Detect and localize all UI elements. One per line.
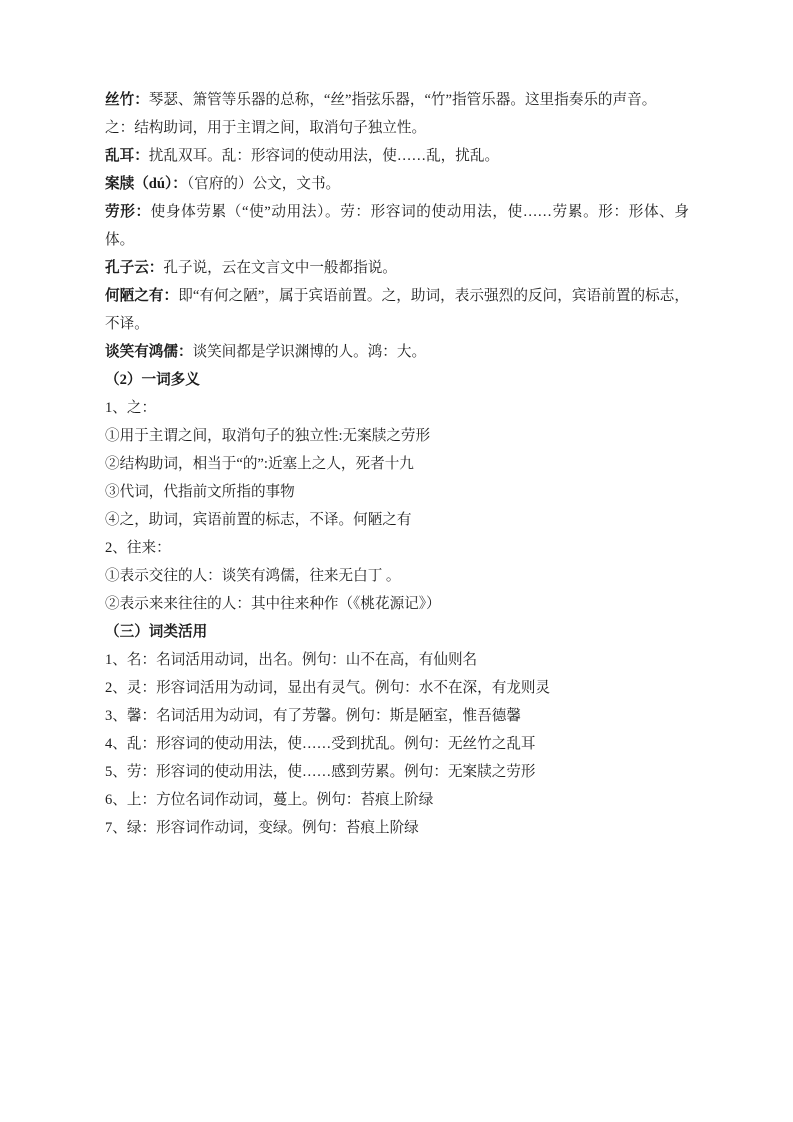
usage-heading: （三）词类活用 [105,618,689,646]
note-entry: 谈笑有鸿儒：谈笑间都是学识渊博的人。鸿：大。 [105,338,689,366]
note-entry: 之：结构助词，用于主谓之间，取消句子独立性。 [105,114,689,142]
usage-item: 6、上：方位名词作动词，蔓上。例句：苔痕上阶绿 [105,786,689,814]
note-definition: 即“有何之陋”，属于宾语前置。之，助词，表示强烈的反问，宾语前置的标志，不译。 [105,288,689,332]
note-definition: （官府的）公文，文书。 [187,176,340,192]
usage-item: 7、绿：形容词作动词，变绿。例句：苔痕上阶绿 [105,814,689,842]
note-term: 乱耳： [105,148,149,164]
polysemy-item: ②表示来来往往的人：其中往来种作（《桃花源记》） [105,590,689,618]
document-page: 丝竹：琴瑟、箫管等乐器的总称，“丝”指弦乐器，“竹”指管乐器。这里指奏乐的声音。… [0,0,793,1122]
polysemy-item: ①用于主谓之间，取消句子的独立性:无案牍之劳形 [105,422,689,450]
group-label: 1、之： [105,394,689,422]
usage-item: 3、馨：名词活用为动词，有了芳馨。例句：斯是陋室，惟吾德馨 [105,702,689,730]
usage-item: 2、灵：形容词活用为动词，显出有灵气。例句：水不在深，有龙则灵 [105,674,689,702]
note-entry: 丝竹：琴瑟、箫管等乐器的总称，“丝”指弦乐器，“竹”指管乐器。这里指奏乐的声音。 [105,86,689,114]
polysemy-item: ②结构助词，相当于“的”:近塞上之人，死者十九 [105,450,689,478]
note-definition: 琴瑟、箫管等乐器的总称，“丝”指弦乐器，“竹”指管乐器。这里指奏乐的声音。 [149,92,657,108]
polysemy-group-zhi: 1、之： ①用于主谓之间，取消句子的独立性:无案牍之劳形 ②结构助词，相当于“的… [105,394,689,534]
polysemy-group-wanglai: 2、往来： ①表示交往的人：谈笑有鸿儒，往来无白丁 。 ②表示来来往往的人：其中… [105,534,689,618]
group-label: 2、往来： [105,534,689,562]
note-definition: 孔子说，云在文言文中一般都指说。 [163,260,397,276]
polysemy-section: （2）一词多义 1、之： ①用于主谓之间，取消句子的独立性:无案牍之劳形 ②结构… [105,366,689,618]
note-term: 案牍（dú）： [105,176,187,192]
note-definition: 使身体劳累（“使”动用法）。劳：形容词的使动用法，使……劳累。形：形体、身体。 [105,204,689,248]
note-definition: 谈笑间都是学识渊博的人。鸿：大。 [193,344,427,360]
polysemy-item: ①表示交往的人：谈笑有鸿儒，往来无白丁 。 [105,562,689,590]
word-notes-section: 丝竹：琴瑟、箫管等乐器的总称，“丝”指弦乐器，“竹”指管乐器。这里指奏乐的声音。… [105,86,689,366]
polysemy-item: ③代词，代指前文所指的事物 [105,478,689,506]
note-entry: 孔子云：孔子说，云在文言文中一般都指说。 [105,254,689,282]
note-entry: 案牍（dú）：（官府的）公文，文书。 [105,170,689,198]
note-entry: 何陋之有：即“有何之陋”，属于宾语前置。之，助词，表示强烈的反问，宾语前置的标志… [105,282,689,338]
usage-item: 5、劳：形容词的使动用法，使……感到劳累。例句：无案牍之劳形 [105,758,689,786]
note-definition: 之：结构助词，用于主谓之间，取消句子独立性。 [105,120,426,136]
usage-item: 4、乱：形容词的使动用法，使……受到扰乱。例句：无丝竹之乱耳 [105,730,689,758]
note-term: 谈笑有鸿儒： [105,344,193,360]
note-entry: 乱耳：扰乱双耳。乱：形容词的使动用法，使……乱，扰乱。 [105,142,689,170]
note-term: 何陋之有： [105,288,178,304]
note-term: 孔子云： [105,260,163,276]
note-term: 劳形： [105,204,151,220]
polysemy-heading: （2）一词多义 [105,366,689,394]
note-term: 丝竹： [105,92,149,108]
note-definition: 扰乱双耳。乱：形容词的使动用法，使……乱，扰乱。 [149,148,499,164]
usage-item: 1、名：名词活用动词，出名。例句：山不在高，有仙则名 [105,646,689,674]
polysemy-item: ④之，助词，宾语前置的标志，不译。何陋之有 [105,506,689,534]
word-usage-section: （三）词类活用 1、名：名词活用动词，出名。例句：山不在高，有仙则名 2、灵：形… [105,618,689,842]
note-entry: 劳形：使身体劳累（“使”动用法）。劳：形容词的使动用法，使……劳累。形：形体、身… [105,198,689,254]
